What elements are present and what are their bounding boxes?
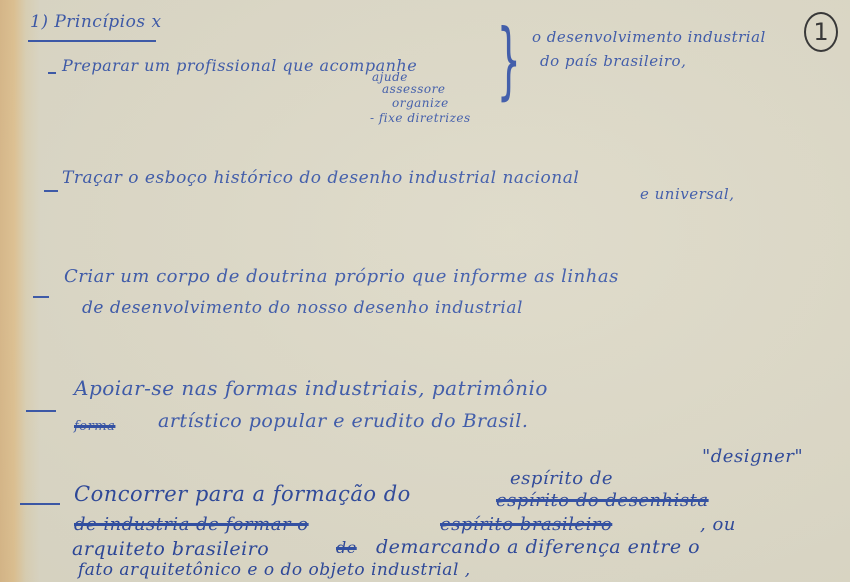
bullet-dash: [26, 410, 56, 412]
item-1-line-1: Preparar um profissional que acompanhe: [62, 58, 417, 74]
bullet-dash: [33, 296, 49, 298]
item-1-object-1: o desenvolvimento industrial: [532, 30, 766, 45]
item-5-struck-2: de industria de formar o: [74, 516, 309, 534]
item-4-struck-word: forma: [74, 420, 115, 433]
item-5-line-1: Concorrer para a formação do: [74, 484, 411, 505]
item-2-line-1: Traçar o esboço histórico do desenho ind…: [62, 170, 579, 187]
item-5-insertion: espírito de: [510, 470, 613, 488]
item-5-line-4: fato arquitetônico e o do objeto industr…: [78, 562, 471, 579]
heading-underline: [28, 40, 156, 42]
bullet-dash: [44, 190, 58, 192]
section-heading: 1) Princípios x: [30, 14, 162, 31]
item-1-verb-3: organize: [392, 97, 449, 109]
bullet-dash: [20, 503, 60, 505]
bullet-dash: [48, 72, 56, 74]
curly-brace: }: [497, 18, 521, 102]
item-2-line-2: e universal,: [640, 187, 735, 202]
item-3-line-1: Criar um corpo de doutrina próprio que i…: [64, 268, 619, 286]
item-5-connector: , ou: [700, 516, 736, 534]
item-4-line-1: Apoiar-se nas formas industriais, patrim…: [74, 378, 548, 398]
item-1-verb-2: assessore: [382, 83, 445, 95]
scanned-manuscript-page: 1 1) Princípios x Preparar um profission…: [0, 0, 850, 582]
item-5-line-3-tail: demarcando a diferença entre o: [376, 538, 700, 557]
item-3-line-2: de desenvolvimento do nosso desenho indu…: [82, 300, 523, 317]
item-5-struck-3: espírito brasileiro: [440, 516, 612, 534]
item-5-struck-1: espírito do desenhista: [496, 492, 709, 510]
page-number: 1: [804, 12, 838, 52]
item-1-object-2: do país brasileiro,: [540, 54, 686, 69]
item-5-line-3: arquiteto brasileiro: [72, 540, 269, 559]
item-5-line-3-struck: de: [336, 540, 357, 556]
item-5-designer: "designer": [702, 448, 803, 466]
item-1-verb-4: - fixe diretrizes: [370, 112, 471, 124]
page-number-text: 1: [813, 18, 828, 46]
item-4-line-2: artístico popular e erudito do Brasil.: [158, 412, 528, 431]
